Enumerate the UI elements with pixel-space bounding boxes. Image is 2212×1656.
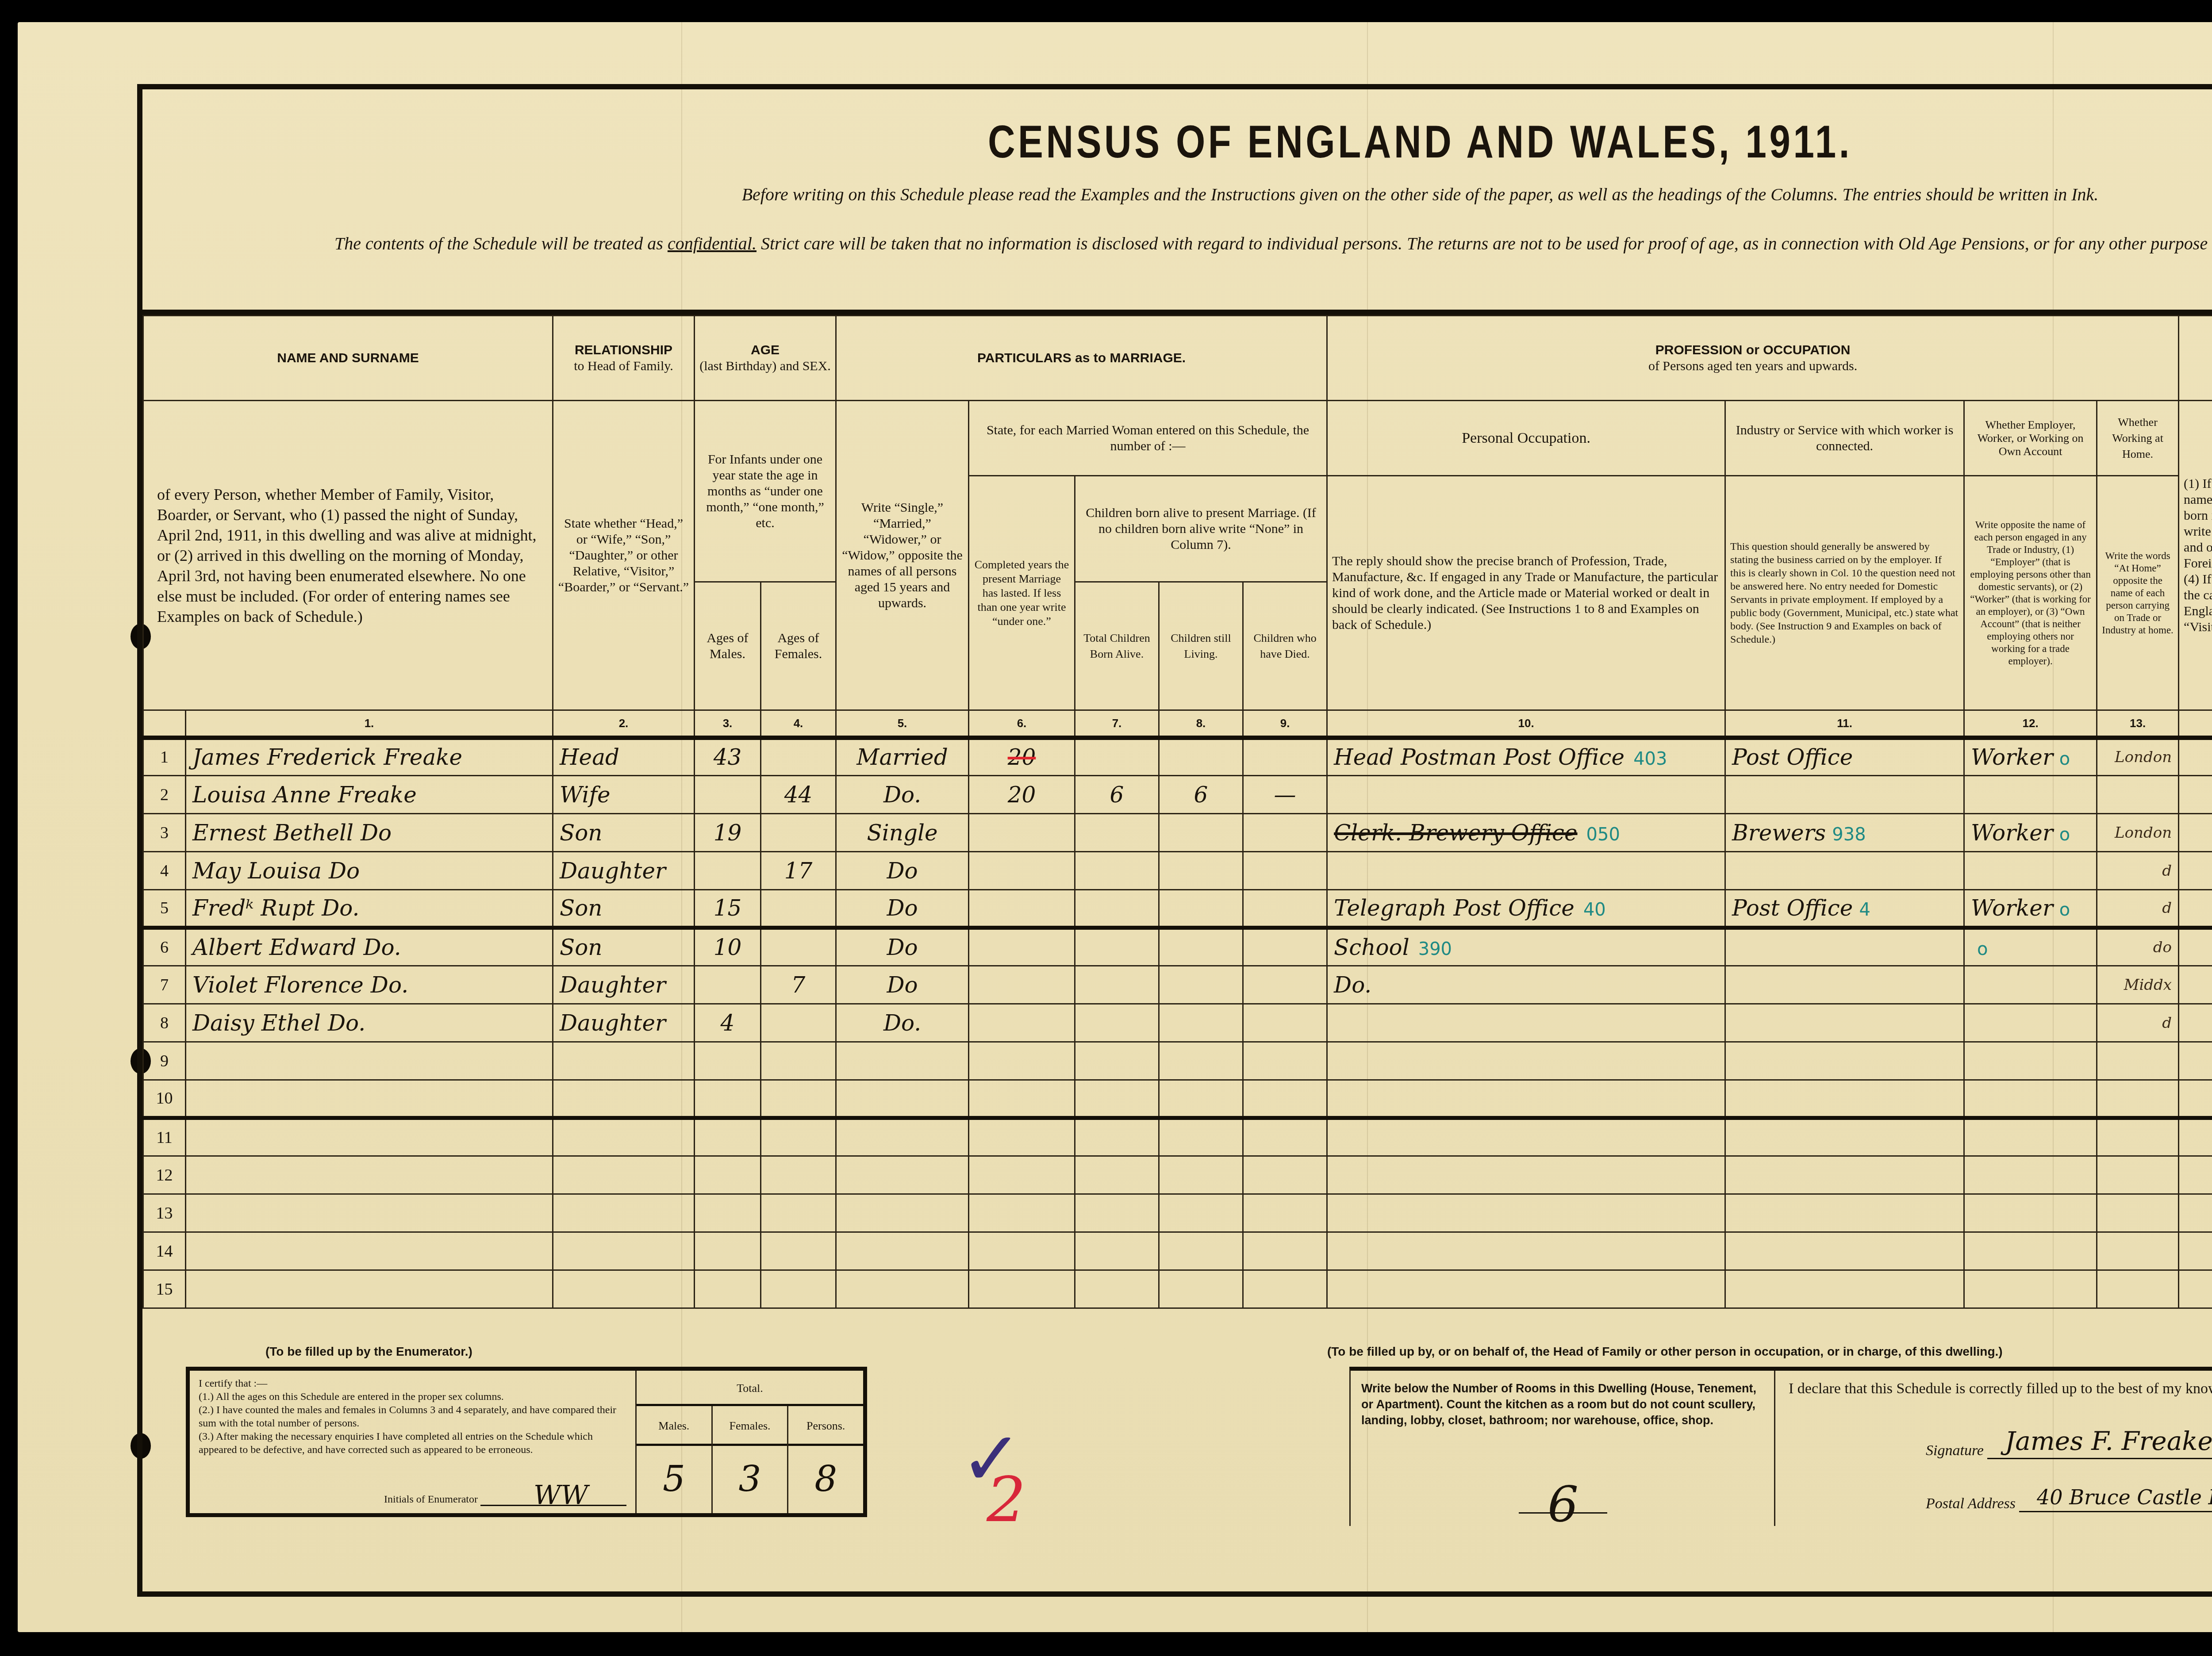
years-married-cell[interactable] [969, 1042, 1075, 1080]
condition-cell[interactable] [836, 1156, 969, 1194]
age-female-cell[interactable] [761, 738, 836, 776]
working-at-home-cell[interactable] [2097, 1080, 2179, 1118]
table-row: 7Violet Florence Do.Daughter7DoDo.MiddxT… [143, 966, 2212, 1004]
females-label: Females. [713, 1406, 787, 1446]
females-total[interactable]: 3 [713, 1446, 787, 1513]
employment-status-cell[interactable] [1964, 852, 2097, 890]
occupation-cell[interactable] [1327, 1042, 1725, 1080]
relationship-cell[interactable]: Son [553, 814, 695, 852]
children-died-cell[interactable] [1243, 1194, 1327, 1232]
employment-status-cell[interactable] [1964, 1118, 2097, 1156]
col-died-caption: Children who have Died. [1243, 582, 1327, 710]
row-number: 6 [143, 928, 186, 966]
working-at-home-cell[interactable] [2097, 1232, 2179, 1270]
birthplace-cell[interactable] [2179, 1042, 2212, 1080]
occupation-cell[interactable] [1327, 1194, 1725, 1232]
working-at-home-cell[interactable] [2097, 1118, 2179, 1156]
col-num-7: 7. [1075, 710, 1159, 738]
age-female-cell[interactable]: 44 [761, 776, 836, 814]
children-born-cell[interactable] [1075, 1042, 1159, 1080]
employment-status-cell[interactable] [1964, 1004, 2097, 1042]
industry-cell[interactable] [1725, 1156, 1964, 1194]
years-married-cell[interactable]: 20 [969, 776, 1075, 814]
initials-value: WW [534, 1489, 588, 1502]
age-female-cell[interactable] [761, 1156, 836, 1194]
children-died-cell[interactable] [1243, 966, 1327, 1004]
industry-cell[interactable] [1725, 966, 1964, 1004]
row-number: 4 [143, 852, 186, 890]
name-cell[interactable] [186, 1194, 553, 1232]
address-row: Postal Address 40 Bruce Castle Rd. Totte… [1926, 1481, 2212, 1512]
children-living-cell[interactable] [1159, 1270, 1243, 1308]
age-female-cell[interactable]: 7 [761, 966, 836, 1004]
col-num-5: 5. [836, 710, 969, 738]
working-at-home-cell[interactable] [2097, 1042, 2179, 1080]
children-living-cell[interactable] [1159, 1080, 1243, 1118]
working-at-home-cell[interactable]: d [2097, 1004, 2179, 1042]
name-cell[interactable]: Daisy Ethel Do. [186, 1004, 553, 1042]
relationship-cell[interactable]: Wife [553, 776, 695, 814]
table-row: 13 [143, 1194, 2212, 1232]
name-cell[interactable]: Albert Edward Do. [186, 928, 553, 966]
relationship-cell[interactable]: Head [553, 738, 695, 776]
address-field[interactable]: 40 Bruce Castle Rd. Tottenham [2019, 1481, 2212, 1512]
birthplace-cell[interactable] [2179, 1156, 2212, 1194]
name-cell[interactable]: Violet Florence Do. [186, 966, 553, 1004]
industry-cell[interactable] [1725, 776, 1964, 814]
condition-cell[interactable]: Do [836, 890, 969, 928]
household-table-wrap: NAME AND SURNAME RELATIONSHIPto Head of … [142, 310, 2212, 1407]
children-living-cell[interactable] [1159, 1118, 1243, 1156]
col-years-married-desc: Completed years the present Marriage has… [969, 476, 1075, 710]
county-annotation: d [2162, 899, 2172, 917]
children-living-cell[interactable]: 6 [1159, 776, 1243, 814]
col-num-13: 13. [2097, 710, 2179, 738]
relationship-cell[interactable] [553, 1232, 695, 1270]
children-died-cell[interactable] [1243, 814, 1327, 852]
years-married-cell[interactable] [969, 1194, 1075, 1232]
county-annotation: d [2162, 1014, 2172, 1032]
relationship-cell[interactable] [553, 1194, 695, 1232]
persons-total[interactable]: 8 [788, 1446, 863, 1513]
col-relationship-caption: RELATIONSHIPto Head of Family. [553, 316, 695, 401]
age-female-cell[interactable] [761, 890, 836, 928]
relationship-cell[interactable] [553, 1118, 695, 1156]
address-label: Postal Address [1926, 1495, 2016, 1512]
relationship-cell[interactable]: Daughter [553, 1004, 695, 1042]
occupation-cell[interactable]: Telegraph Post Office40 [1327, 890, 1725, 928]
children-born-cell[interactable]: 6 [1075, 776, 1159, 814]
col-num-11: 11. [1725, 710, 1964, 738]
name-cell[interactable] [186, 1232, 553, 1270]
employment-status-cell[interactable] [1964, 1080, 2097, 1118]
age-female-cell[interactable] [761, 1004, 836, 1042]
signature-field[interactable]: James F. Freake [1987, 1428, 2212, 1459]
age-male-cell[interactable] [695, 966, 761, 1004]
children-born-cell[interactable] [1075, 814, 1159, 852]
children-died-cell[interactable] [1243, 1156, 1327, 1194]
birthplace-cell[interactable]: Do. [2179, 1004, 2212, 1042]
birthplace-cell[interactable]: Do [2179, 928, 2212, 966]
working-at-home-cell[interactable]: Middx [2097, 966, 2179, 1004]
birthplace-cell[interactable]: Monte Video S.A [2179, 776, 2212, 814]
age-male-cell[interactable]: 15 [695, 890, 761, 928]
children-died-cell[interactable] [1243, 1270, 1327, 1308]
industry-cell[interactable]: Post Office [1725, 738, 1964, 776]
col-num-1: 1. [186, 710, 553, 738]
age-female-cell[interactable] [761, 1080, 836, 1118]
age-female-cell[interactable] [761, 814, 836, 852]
years-married-cell[interactable] [969, 852, 1075, 890]
occupation-text: Do. [1334, 972, 1371, 998]
row-number: 10 [143, 1080, 186, 1118]
name-cell[interactable] [186, 1118, 553, 1156]
head-section-label: (To be filled up by, or on behalf of, th… [1327, 1345, 2003, 1359]
children-born-cell[interactable] [1075, 1156, 1159, 1194]
industry-text: Post Office [1732, 895, 1853, 921]
row-number: 2 [143, 776, 186, 814]
employment-text: Worker [1971, 744, 2053, 770]
name-cell[interactable]: Ernest Bethell Do [186, 814, 553, 852]
children-died-cell[interactable] [1243, 738, 1327, 776]
age-female-cell[interactable] [761, 1042, 836, 1080]
name-cell[interactable] [186, 1156, 553, 1194]
condition-cell[interactable]: Single [836, 814, 969, 852]
males-label: Males. [637, 1406, 711, 1446]
occupation-text: School [1334, 935, 1409, 960]
occupation-cell[interactable] [1327, 852, 1725, 890]
birthplace-cell[interactable] [2179, 1194, 2212, 1232]
certify-item: (1.) All the ages on this Schedule are e… [199, 1390, 626, 1403]
condition-cell[interactable]: Do [836, 966, 969, 1004]
name-cell[interactable]: James Frederick Freake [186, 738, 553, 776]
county-annotation: London [2115, 748, 2172, 766]
age-male-cell[interactable] [695, 776, 761, 814]
relationship-cell[interactable] [553, 1156, 695, 1194]
birthplace-cell[interactable]: Stoke Newington [2179, 814, 2212, 852]
col-num-8: 8. [1159, 710, 1243, 738]
condition-cell[interactable] [836, 1232, 969, 1270]
table-row: 12 [143, 1156, 2212, 1194]
years-married-cell[interactable] [969, 1232, 1075, 1270]
col-num-9: 9. [1243, 710, 1327, 738]
years-married-cell[interactable] [969, 1118, 1075, 1156]
initials-label: Initials of Enumerator [384, 1493, 478, 1506]
employment-status-cell[interactable] [1964, 966, 2097, 1004]
children-living-cell[interactable] [1159, 1232, 1243, 1270]
working-at-home-cell[interactable] [2097, 1156, 2179, 1194]
children-living-cell[interactable] [1159, 928, 1243, 966]
children-died-cell[interactable] [1243, 1004, 1327, 1042]
children-living-cell[interactable] [1159, 814, 1243, 852]
employment-status-cell[interactable] [1964, 1270, 2097, 1308]
page-title: CENSUS OF ENGLAND AND WALES, 1911. [373, 116, 2212, 169]
employment-status-cell[interactable]: Workero [1964, 890, 2097, 928]
years-married-cell[interactable] [969, 1156, 1075, 1194]
relationship-cell[interactable] [553, 1270, 695, 1308]
birthplace-cell[interactable]: Islington [2179, 738, 2212, 776]
children-died-cell[interactable] [1243, 852, 1327, 890]
age-male-cell[interactable] [695, 1080, 761, 1118]
county-annotation: d [2162, 862, 2172, 880]
persons-label: Persons. [788, 1406, 863, 1446]
children-living-cell[interactable] [1159, 966, 1243, 1004]
birthplace-cell[interactable] [2179, 1118, 2212, 1156]
children-born-cell[interactable] [1075, 1194, 1159, 1232]
table-row: 8Daisy Ethel Do.Daughter4Do.dDo. [143, 1004, 2212, 1042]
working-at-home-cell[interactable] [2097, 1270, 2179, 1308]
occupation-cell[interactable] [1327, 776, 1725, 814]
col-name-caption: NAME AND SURNAME [143, 316, 553, 401]
red-annotation: 2 [987, 1464, 1026, 1536]
condition-cell[interactable]: Do [836, 852, 969, 890]
employment-code: o [2059, 900, 2070, 920]
col-occupation-caption: PROFESSION or OCCUPATIONof Persons aged … [1327, 316, 2179, 401]
employment-status-cell[interactable]: o [1964, 928, 2097, 966]
row-number: 13 [143, 1194, 186, 1232]
table-row: 11 [143, 1118, 2212, 1156]
children-died-cell[interactable]: — [1243, 776, 1327, 814]
condition-cell[interactable]: Do. [836, 776, 969, 814]
children-born-cell[interactable] [1075, 1270, 1159, 1308]
table-row: 9 [143, 1042, 2212, 1080]
children-living-cell[interactable] [1159, 1004, 1243, 1042]
employment-status-cell[interactable] [1964, 776, 2097, 814]
birthplace-cell[interactable] [2179, 1080, 2212, 1118]
occupation-cell[interactable] [1327, 1270, 1725, 1308]
relationship-cell[interactable] [553, 1080, 695, 1118]
birthplace-cell[interactable] [2179, 1232, 2212, 1270]
age-female-cell[interactable]: 17 [761, 852, 836, 890]
birthplace-cell[interactable]: Do. [2179, 890, 2212, 928]
working-at-home-cell[interactable]: d [2097, 890, 2179, 928]
employment-text: Worker [1971, 820, 2053, 846]
children-born-cell[interactable] [1075, 890, 1159, 928]
name-cell[interactable] [186, 1080, 553, 1118]
table-row: 4May Louisa DoDaughter17DodDo [143, 852, 2212, 890]
industry-cell[interactable]: Post Office4 [1725, 890, 1964, 928]
years-married-cell[interactable] [969, 928, 1075, 966]
table-row: 10 [143, 1080, 2212, 1118]
household-rows: 1James Frederick FreakeHead43Married20He… [143, 738, 2212, 1308]
col-birthplace-desc: (1) If born in the United Kingdom, write… [2179, 401, 2212, 710]
col-name-desc: of every Person, whether Member of Famil… [143, 401, 553, 710]
name-cell[interactable]: Louisa Anne Freake [186, 776, 553, 814]
row-number: 3 [143, 814, 186, 852]
years-married-cell[interactable] [969, 966, 1075, 1004]
birthplace-cell[interactable]: Tottenham [2179, 966, 2212, 1004]
relationship-cell[interactable]: Son [553, 890, 695, 928]
working-at-home-cell[interactable]: London [2097, 814, 2179, 852]
age-male-cell[interactable] [695, 1042, 761, 1080]
table-row: 2Louisa Anne FreakeWife44Do.2066—Monte V… [143, 776, 2212, 814]
children-living-cell[interactable] [1159, 1042, 1243, 1080]
industry-cell[interactable] [1725, 1270, 1964, 1308]
table-row: 3Ernest Bethell DoSon19SingleClerk. Brew… [143, 814, 2212, 852]
age-female-cell[interactable] [761, 1194, 836, 1232]
working-at-home-cell[interactable] [2097, 776, 2179, 814]
condition-cell[interactable] [836, 1042, 969, 1080]
working-at-home-cell[interactable]: do [2097, 928, 2179, 966]
industry-cell[interactable] [1725, 1232, 1964, 1270]
occupation-code: 403 [1633, 749, 1667, 769]
name-cell[interactable]: May Louisa Do [186, 852, 553, 890]
condition-cell[interactable]: Do. [836, 1004, 969, 1042]
condition-cell[interactable] [836, 1118, 969, 1156]
age-female-cell[interactable] [761, 1232, 836, 1270]
children-born-cell[interactable] [1075, 966, 1159, 1004]
certificate-text: I certify that :— (1.) All the ages on t… [190, 1371, 637, 1513]
row-number: 15 [143, 1270, 186, 1308]
employment-status-cell[interactable]: Workero [1964, 814, 2097, 852]
condition-cell[interactable] [836, 1080, 969, 1118]
occupation-cell[interactable] [1327, 1118, 1725, 1156]
children-died-cell[interactable] [1243, 1232, 1327, 1270]
age-male-cell[interactable]: 10 [695, 928, 761, 966]
children-died-cell[interactable] [1243, 1118, 1327, 1156]
employment-status-cell[interactable] [1964, 1042, 2097, 1080]
age-male-cell[interactable] [695, 1270, 761, 1308]
occupation-text: Head Postman Post Office [1334, 744, 1624, 770]
children-living-cell[interactable] [1159, 1156, 1243, 1194]
condition-cell[interactable]: Married [836, 738, 969, 776]
condition-cell[interactable]: Do [836, 928, 969, 966]
condition-cell[interactable] [836, 1194, 969, 1232]
col-married-woman-desc: State, for each Married Woman entered on… [969, 401, 1327, 476]
col-females-caption: Ages of Females. [761, 582, 836, 710]
industry-cell[interactable]: Brewers938 [1725, 814, 1964, 852]
col-birthplace-caption: BIRTHPLACEof every person. [2179, 316, 2212, 401]
occupation-cell[interactable] [1327, 1232, 1725, 1270]
col-home-desc: Write the words “At Home” opposite the n… [2097, 476, 2179, 710]
rooms-count[interactable]: 6 [1519, 1496, 1607, 1514]
birthplace-cell[interactable] [2179, 1270, 2212, 1308]
occupation-cell[interactable]: School390 [1327, 928, 1725, 966]
employment-code: o [2059, 824, 2070, 845]
relationship-cell[interactable]: Daughter [553, 966, 695, 1004]
years-married-cell[interactable] [969, 1080, 1075, 1118]
name-cell[interactable] [186, 1042, 553, 1080]
age-male-cell[interactable] [695, 1156, 761, 1194]
condition-cell[interactable] [836, 1270, 969, 1308]
declaration-text: I declare that this Schedule is correctl… [1789, 1380, 2212, 1397]
children-born-cell[interactable] [1075, 738, 1159, 776]
industry-code: 4 [1859, 900, 1870, 920]
county-annotation: London [2115, 824, 2172, 842]
relationship-cell[interactable] [553, 1042, 695, 1080]
occupation-cell[interactable]: Head Postman Post Office403 [1327, 738, 1725, 776]
totals-heading: Total. [637, 1371, 863, 1406]
col-age-desc: For Infants under one year state the age… [695, 401, 836, 582]
children-living-cell[interactable] [1159, 738, 1243, 776]
age-male-cell[interactable]: 43 [695, 738, 761, 776]
age-male-cell[interactable] [695, 1194, 761, 1232]
years-married-cell[interactable] [969, 890, 1075, 928]
occupation-cell[interactable] [1327, 1080, 1725, 1118]
children-born-cell[interactable] [1075, 928, 1159, 966]
col-marriage-caption: PARTICULARS as to MARRIAGE. [836, 316, 1327, 401]
children-born-cell[interactable] [1075, 852, 1159, 890]
children-born-cell[interactable] [1075, 1118, 1159, 1156]
col-children-desc: Children born alive to present Marriage.… [1075, 476, 1327, 582]
children-died-cell[interactable] [1243, 1042, 1327, 1080]
age-male-cell[interactable]: 19 [695, 814, 761, 852]
occupation-cell[interactable] [1327, 1004, 1725, 1042]
age-male-cell[interactable] [695, 1118, 761, 1156]
children-born-cell[interactable] [1075, 1232, 1159, 1270]
col-employer-desc: Write opposite the name of each person e… [1964, 476, 2097, 710]
name-cell[interactable] [186, 1270, 553, 1308]
industry-cell[interactable] [1725, 1118, 1964, 1156]
name-cell[interactable]: Fredᵏ Rupt Do. [186, 890, 553, 928]
relationship-cell[interactable]: Son [553, 928, 695, 966]
initials-field[interactable]: WW [480, 1480, 626, 1506]
occupation-cell[interactable] [1327, 1156, 1725, 1194]
years-married-cell[interactable] [969, 1004, 1075, 1042]
age-male-cell[interactable] [695, 852, 761, 890]
initials-row: Initials of Enumerator WW [384, 1480, 626, 1506]
certify-heading: I certify that :— [199, 1377, 626, 1390]
confidential-prefix: The contents of the Schedule will be tre… [334, 234, 668, 253]
employment-status-cell[interactable] [1964, 1232, 2097, 1270]
children-died-cell[interactable] [1243, 928, 1327, 966]
col-total-born-caption: Total Children Born Alive. [1075, 582, 1159, 710]
years-married-cell[interactable]: 20 [969, 738, 1075, 776]
children-living-cell[interactable] [1159, 1194, 1243, 1232]
children-born-cell[interactable] [1075, 1004, 1159, 1042]
industry-cell[interactable] [1725, 1042, 1964, 1080]
industry-text: Brewers [1732, 820, 1826, 846]
industry-code: 938 [1832, 824, 1866, 845]
males-total[interactable]: 5 [637, 1446, 711, 1513]
age-male-cell[interactable] [695, 1232, 761, 1270]
occupation-cell[interactable]: Do. [1327, 966, 1725, 1004]
col-industry-desc: This question should generally be answer… [1725, 476, 1964, 710]
children-born-cell[interactable] [1075, 1080, 1159, 1118]
col-condition-desc: Write “Single,” “Married,” “Widower,” or… [836, 401, 969, 710]
age-female-cell[interactable] [761, 1270, 836, 1308]
employment-status-cell[interactable] [1964, 1156, 2097, 1194]
industry-cell[interactable] [1725, 1004, 1964, 1042]
age-female-cell[interactable] [761, 1118, 836, 1156]
children-living-cell[interactable] [1159, 890, 1243, 928]
birthplace-cell[interactable]: Do [2179, 852, 2212, 890]
years-married-cell[interactable] [969, 1270, 1075, 1308]
employment-status-cell[interactable]: Workero [1964, 738, 2097, 776]
industry-cell[interactable] [1725, 1080, 1964, 1118]
age-female-cell[interactable] [761, 928, 836, 966]
occupation-cell[interactable]: Clerk. Brewery Office050 [1327, 814, 1725, 852]
industry-cell[interactable] [1725, 928, 1964, 966]
certify-item: (2.) I have counted the males and female… [199, 1403, 626, 1430]
children-died-cell[interactable] [1243, 890, 1327, 928]
years-married-cell[interactable] [969, 814, 1075, 852]
age-male-cell[interactable]: 4 [695, 1004, 761, 1042]
industry-cell[interactable] [1725, 1194, 1964, 1232]
industry-cell[interactable] [1725, 852, 1964, 890]
relationship-cell[interactable]: Daughter [553, 852, 695, 890]
enumerator-section-label: (To be filled up by the Enumerator.) [265, 1345, 472, 1359]
row-number: 14 [143, 1232, 186, 1270]
signature-value: James F. Freake [2005, 1426, 2212, 1456]
row-number: 7 [143, 966, 186, 1004]
working-at-home-cell[interactable]: London [2097, 738, 2179, 776]
working-at-home-cell[interactable] [2097, 1194, 2179, 1232]
children-living-cell[interactable] [1159, 852, 1243, 890]
working-at-home-cell[interactable]: d [2097, 852, 2179, 890]
employment-status-cell[interactable] [1964, 1194, 2097, 1232]
children-died-cell[interactable] [1243, 1080, 1327, 1118]
